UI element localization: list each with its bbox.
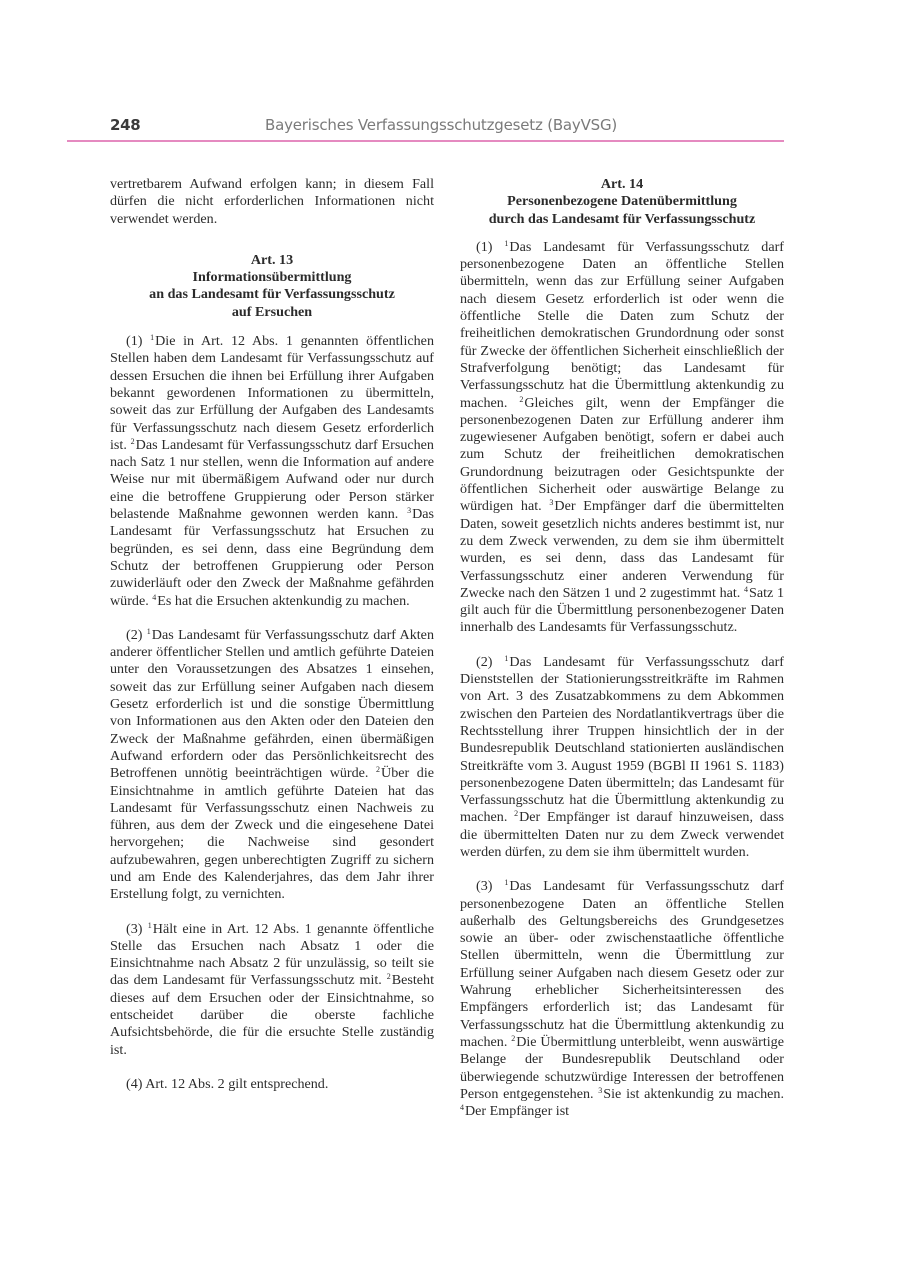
paragraph-3: (3) 1Hält eine in Art. 12 Abs. 1 genannt… xyxy=(110,921,434,1059)
article-title-line: durch das Landesamt für Verfassungsschut… xyxy=(460,211,784,228)
paragraph-label: (3) xyxy=(476,878,492,894)
paragraph-2: (2) 1Das Landesamt für Verfassungsschutz… xyxy=(460,654,784,862)
article-13-heading: Art. 13 Informationsübermittlung an das … xyxy=(110,252,434,321)
article-number: Art. 14 xyxy=(460,176,784,193)
sentence-number: 1 xyxy=(504,239,508,248)
sentence-text: Das Landesamt für Verfassungsschutz darf… xyxy=(110,437,434,522)
sentence-number: 3 xyxy=(598,1086,602,1095)
paragraph-2: (2) 1Das Landesamt für Verfassungsschutz… xyxy=(110,627,434,904)
article-number: Art. 13 xyxy=(110,252,434,269)
sentence-number: 4 xyxy=(460,1103,464,1112)
paragraph-3: (3) 1Das Landesamt für Verfassungsschutz… xyxy=(460,878,784,1120)
sentence-number: 1 xyxy=(148,921,152,930)
paragraph-1: (1) 1Das Landesamt für Verfassungsschutz… xyxy=(460,239,784,637)
article-title-line: an das Landesamt für Verfassungsschutz xyxy=(110,286,434,303)
sentence-text: Der Empfänger ist darauf hinzuweisen, da… xyxy=(460,809,784,860)
sentence-text: Hält eine in Art. 12 Abs. 1 genannte öff… xyxy=(110,921,434,989)
paragraph-label: (1) xyxy=(476,239,492,255)
sentence-number: 1 xyxy=(147,627,151,636)
document-page: 248 Bayerisches Verfassungsschutzgesetz … xyxy=(0,0,900,1273)
sentence-text: Das Landesamt für Verfassungsschutz darf… xyxy=(460,654,784,826)
sentence-text: Gleiches gilt, wenn der Empfänger die pe… xyxy=(460,395,784,515)
sentence-number: 3 xyxy=(549,498,553,507)
sentence-text: Das Landesamt für Verfassungsschutz darf… xyxy=(460,239,784,411)
paragraph-label: (4) xyxy=(126,1076,142,1092)
sentence-number: 2 xyxy=(514,809,518,818)
running-title: Bayerisches Verfassungsschutzgesetz (Bay… xyxy=(265,116,617,134)
paragraph-text: Art. 12 Abs. 2 gilt entsprechend. xyxy=(145,1076,328,1092)
sentence-text: Das Landesamt für Verfassungsschutz darf… xyxy=(460,878,784,1050)
right-column: Art. 14 Personenbezogene Datenübermittlu… xyxy=(460,176,784,1120)
paragraph-4: (4) Art. 12 Abs. 2 gilt entsprechend. xyxy=(110,1076,434,1093)
left-column: vertretbarem Aufwand erfolgen kann; in d… xyxy=(110,176,434,1093)
sentence-text: Sie ist aktenkundig zu machen. xyxy=(603,1086,784,1102)
sentence-text: Die in Art. 12 Abs. 1 genannten öffentli… xyxy=(110,333,434,453)
sentence-number: 3 xyxy=(407,506,411,515)
sentence-number: 2 xyxy=(519,395,523,404)
running-header: 248 Bayerisches Verfassungsschutzgesetz … xyxy=(67,116,784,142)
sentence-text: Es hat die Ersuchen aktenkundig zu mache… xyxy=(157,593,409,609)
sentence-text: Das Landesamt für Verfassungsschutz darf… xyxy=(110,627,434,781)
article-14-heading: Art. 14 Personenbezogene Datenübermittlu… xyxy=(460,176,784,228)
paragraph-label: (2) xyxy=(126,627,142,643)
sentence-number: 4 xyxy=(152,593,156,602)
header-rule xyxy=(67,140,784,142)
sentence-number: 1 xyxy=(504,654,508,663)
continuation-text: vertretbarem Aufwand erfolgen kann; in d… xyxy=(110,176,434,228)
sentence-text: Über die Einsichtnahme in amtlich geführ… xyxy=(110,765,434,902)
sentence-number: 1 xyxy=(504,878,508,887)
sentence-number: 4 xyxy=(744,585,748,594)
sentence-number: 2 xyxy=(376,765,380,774)
sentence-text: Der Empfänger ist xyxy=(465,1103,569,1119)
sentence-number: 2 xyxy=(131,437,135,446)
page-number: 248 xyxy=(110,116,140,134)
paragraph-label: (3) xyxy=(126,921,142,937)
sentence-number: 2 xyxy=(511,1034,515,1043)
article-title-line: Informationsübermittlung xyxy=(110,269,434,286)
paragraph-1: (1) 1Die in Art. 12 Abs. 1 genannten öff… xyxy=(110,333,434,610)
sentence-number: 1 xyxy=(150,333,154,342)
sentence-number: 2 xyxy=(387,972,391,981)
article-title-line: auf Ersuchen xyxy=(110,304,434,321)
paragraph-label: (2) xyxy=(476,654,492,670)
article-title-line: Personenbezogene Datenübermittlung xyxy=(460,193,784,210)
paragraph-label: (1) xyxy=(126,333,142,349)
